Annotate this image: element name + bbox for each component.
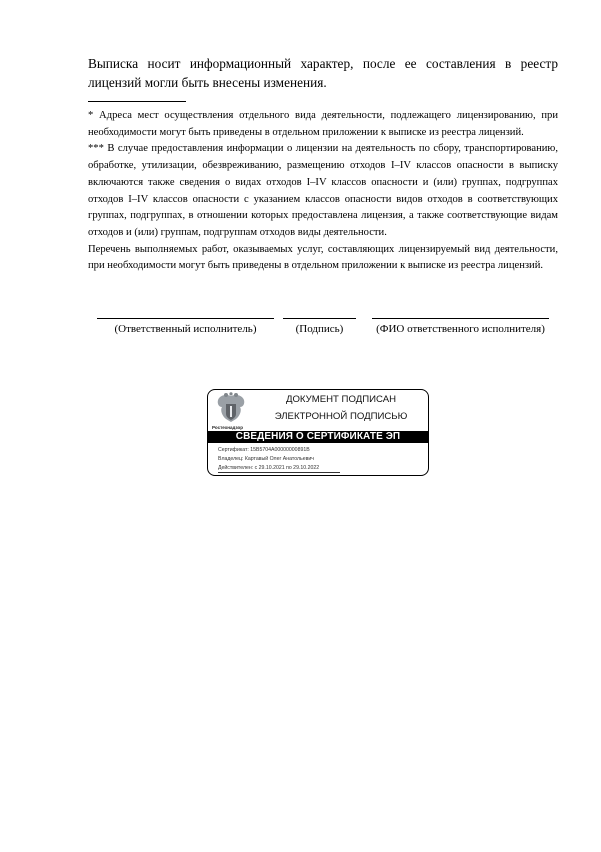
certificate-info-header: СВЕДЕНИЯ О СЕРТИФИКАТЕ ЭП (208, 431, 428, 443)
double-headed-eagle-emblem-icon (214, 392, 248, 424)
document-page: Выписка носит информационный характер, п… (0, 0, 601, 852)
responsible-label: (Ответственный исполнитель) (97, 323, 274, 335)
footnote-addresses: * Адреса мест осуществления отдельного в… (88, 108, 558, 141)
intro-paragraph: Выписка носит информационный характер, п… (88, 54, 558, 92)
footnote-separator (88, 101, 186, 102)
emblem-caption: Ростехнадзор (212, 425, 243, 430)
fullname-label: (ФИО ответственного исполнителя) (372, 323, 549, 335)
fullname-signature-line (372, 318, 549, 319)
signature-label: (Подпись) (283, 323, 356, 335)
stamp-title-line2: ЭЛЕКТРОННОЙ ПОДПИСЬЮ (256, 411, 426, 422)
footnotes: * Адреса мест осуществления отдельного в… (88, 108, 558, 275)
certificate-number: Сертификат: 15B5704A00000000891B (218, 447, 310, 453)
stamp-title-line1: ДОКУМЕНТ ПОДПИСАН (256, 394, 426, 405)
certificate-validity: Действителен: с 29.10.2021 по 29.10.2022 (218, 465, 319, 471)
signature-line (283, 318, 356, 319)
certificate-owner: Владелец: Картавый Олег Анатольевич (218, 456, 314, 462)
electronic-signature-stamp: Ростехнадзор ДОКУМЕНТ ПОДПИСАН ЭЛЕКТРОНН… (207, 389, 429, 476)
responsible-signature-line (97, 318, 274, 319)
validity-underline (218, 472, 340, 473)
footnote-works-list: Перечень выполняемых работ, оказываемых … (88, 242, 558, 275)
footnote-waste: *** В случае предоставления информации о… (88, 141, 558, 241)
